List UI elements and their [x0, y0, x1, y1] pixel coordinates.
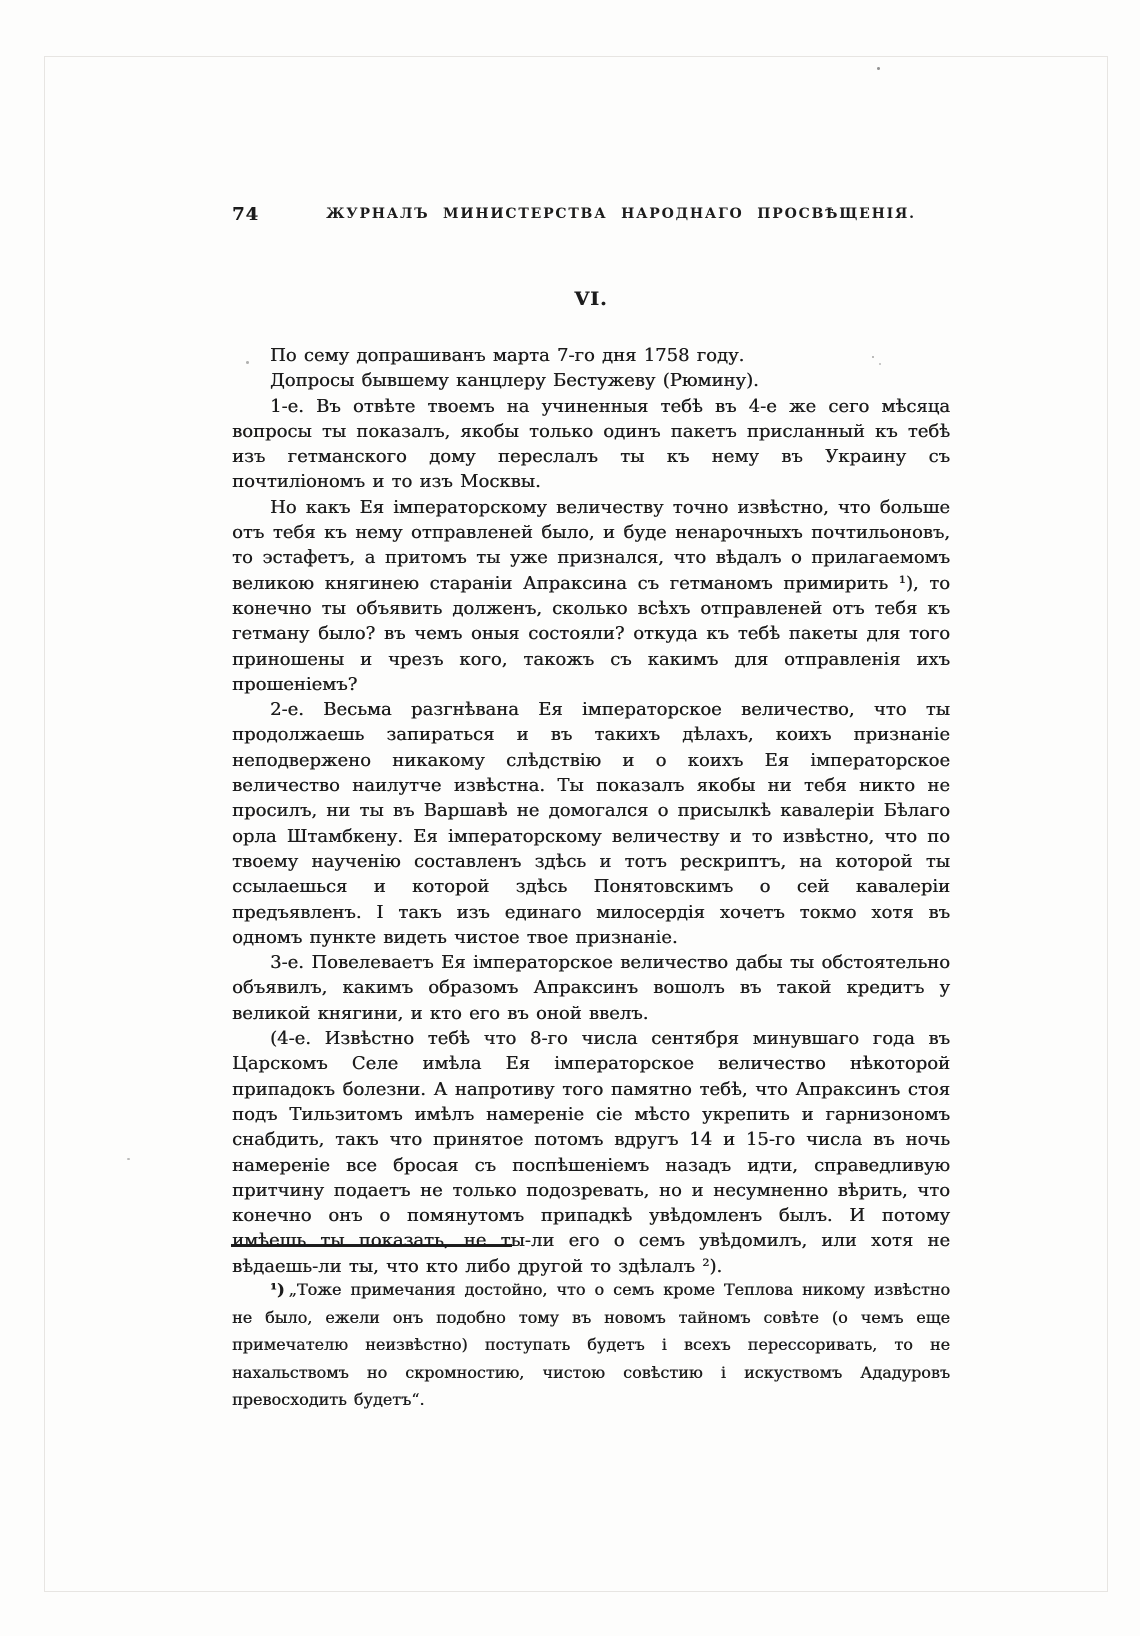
- paragraph-date-line: По сему допрашиванъ марта 7-го дня 1758 …: [232, 343, 950, 368]
- running-head: 74 ЖУРНАЛЪ МИНИСТЕРСТВА НАРОДНАГО ПРОСВѢ…: [232, 203, 950, 229]
- paragraph-question-1: 1-е. Въ отвѣте твоемъ на учиненныя тебѣ …: [232, 394, 950, 495]
- footnote: ¹)„Тоже примечания достойно, что о семъ …: [232, 1276, 950, 1414]
- footnote-text: „Тоже примечания достойно, что о семъ кр…: [232, 1280, 950, 1409]
- paragraph-question-2: 2-е. Весьма разгнѣвана Ея імператорское …: [232, 697, 950, 950]
- running-title: ЖУРНАЛЪ МИНИСТЕРСТВА НАРОДНАГО ПРОСВѢЩЕН…: [292, 206, 950, 222]
- scan-speck: [127, 1158, 130, 1160]
- paragraph-question-4: (4-е. Извѣстно тебѣ что 8-го числа сентя…: [232, 1026, 950, 1279]
- scan-speck: [877, 67, 880, 70]
- paragraph-interrogation-title: Допросы бывшему канцлеру Бестужеву (Рюми…: [232, 368, 950, 393]
- section-heading: VI.: [232, 288, 950, 310]
- paragraph-question-1-continued: Но какъ Ея імператорскому величеству точ…: [232, 495, 950, 697]
- paragraph-question-3: 3-е. Повелеваетъ Ея імператорское величе…: [232, 950, 950, 1026]
- page-number: 74: [232, 204, 259, 225]
- footnote-separator-rule: [231, 1244, 512, 1247]
- body-text: По сему допрашиванъ марта 7-го дня 1758 …: [232, 343, 950, 1279]
- footnote-marker: ¹): [270, 1280, 289, 1299]
